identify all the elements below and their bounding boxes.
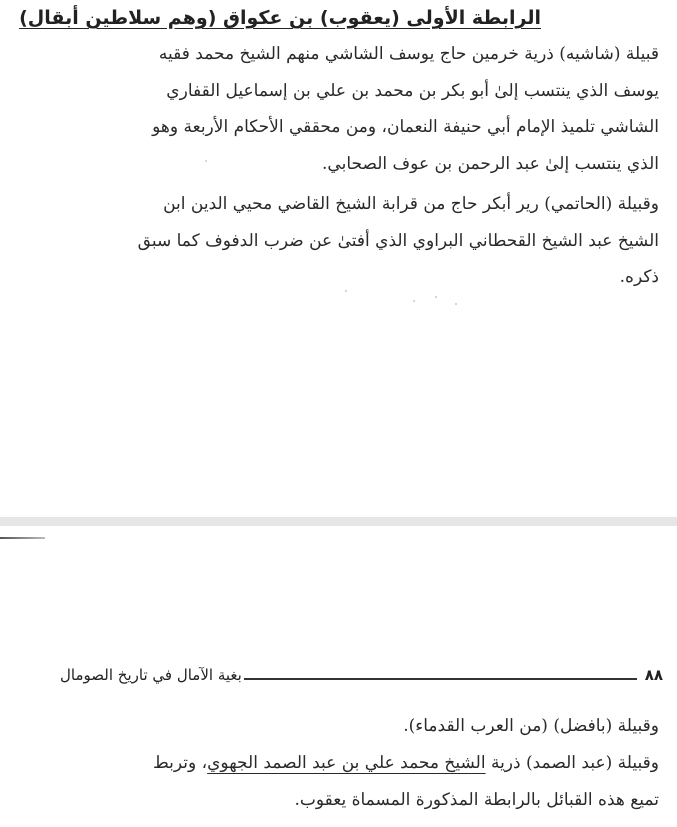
text-line: وقبيلة (عبد الصمد) ذرية الشيخ محمد علي ب… [0, 745, 659, 782]
scanned-page-top: الرابطة الأولى (يعقوب) بن عكواق (وهم سلا… [0, 0, 677, 517]
page-number: ٨٨ [645, 666, 663, 684]
scan-speckle [435, 296, 437, 298]
text-segment: وقبيلة (عبد الصمد) ذرية [486, 753, 659, 773]
paragraph-bafadl-tribe: وقبيلة (بافضل) (من العرب القدماء). [0, 708, 659, 745]
text-segment: ، وتربط [153, 753, 207, 773]
text-line: الذي ينتسب إلىٰ عبد الرحمن بن عوف الصحاب… [12, 146, 659, 183]
page-separator [0, 517, 677, 526]
paragraph-shashiya-tribe: قبيلة (شاشيه) ذرية خرمين حاج يوسف الشاشي… [12, 36, 659, 182]
running-header: ٨٨ بغية الآمال في تاريخ الصومال [60, 660, 663, 690]
book-title: بغية الآمال في تاريخ الصومال [60, 666, 242, 684]
text-line: يوسف الذي ينتسب إلىٰ أبو بكر بن محمد بن … [12, 73, 659, 110]
scan-speckle [455, 303, 457, 305]
text-line: قبيلة (شاشيه) ذرية خرمين حاج يوسف الشاشي… [12, 36, 659, 73]
underlined-name: الشيخ محمد علي بن عبد الصمد الجهوي [207, 753, 485, 773]
scan-speckle [205, 160, 207, 162]
scan-speckle [413, 300, 415, 302]
header-rule [244, 678, 637, 680]
text-line: تميع هذه القبائل بالرابطة المذكورة المسم… [0, 782, 659, 819]
text-line: الشيخ عبد الشيخ القحطاني البراوي الذي أف… [12, 223, 659, 260]
text-line: وقبيلة (بافضل) (من العرب القدماء). [0, 708, 659, 745]
section-heading: الرابطة الأولى (يعقوب) بن عكواق (وهم سلا… [19, 4, 541, 32]
text-line: وقبيلة (الحاتمي) رير أبكر حاج من قرابة ا… [12, 186, 659, 223]
paragraph-hatimi-tribe: وقبيلة (الحاتمي) رير أبكر حاج من قرابة ا… [12, 186, 659, 296]
text-line: الشاشي تلميذ الإمام أبي حنيفة النعمان، و… [12, 109, 659, 146]
text-line: ذكره. [12, 259, 659, 296]
scan-speckle [345, 290, 347, 292]
scan-edge-mark [0, 537, 45, 539]
paragraph-abdulsamad-tribe: وقبيلة (عبد الصمد) ذرية الشيخ محمد علي ب… [0, 745, 659, 819]
